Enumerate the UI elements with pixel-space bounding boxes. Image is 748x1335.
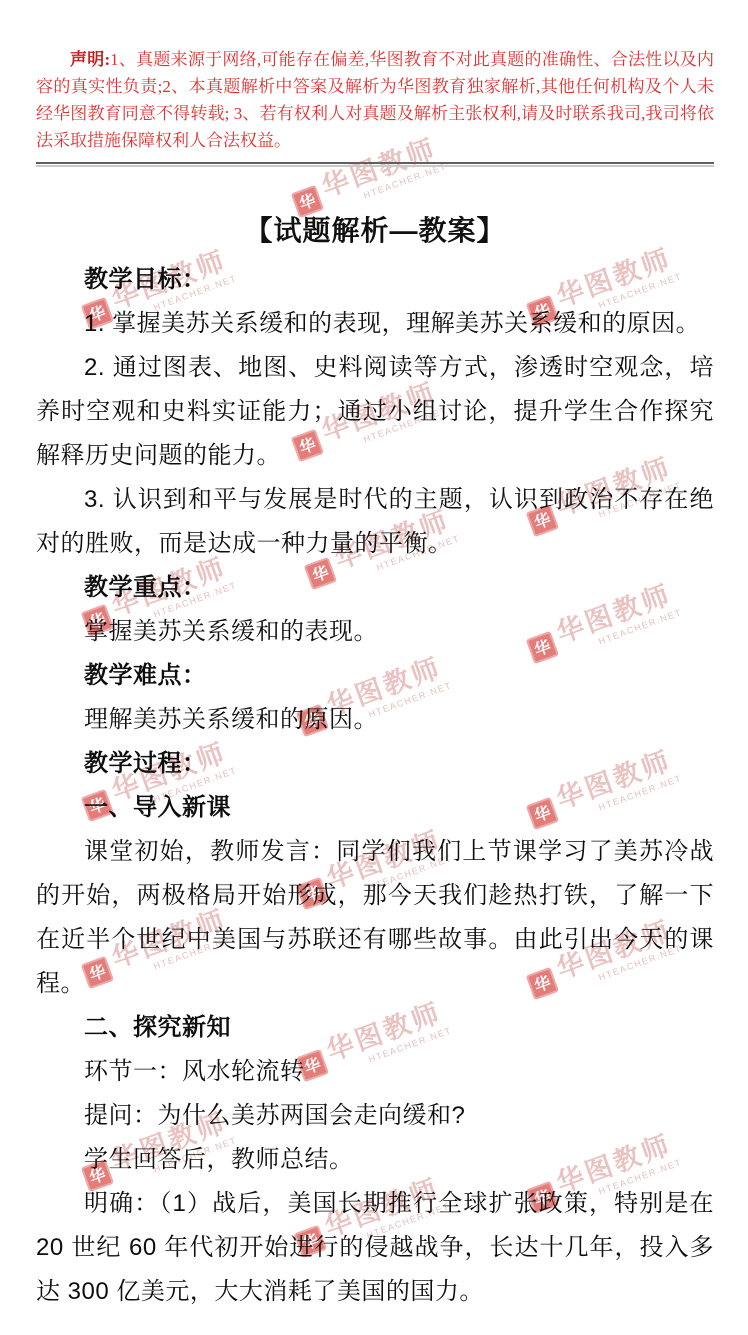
doc-title: 【试题解析—教案】: [36, 214, 714, 247]
disclaimer-label: 声明:: [70, 50, 110, 69]
heading-teaching-focus: 教学重点：: [36, 566, 714, 610]
document-content: 声明:1、真题来源于网络,可能存在偏差,华图教育不对此真题的准确性、合法性以及内…: [0, 0, 748, 1335]
disclaimer: 声明:1、真题来源于网络,可能存在偏差,华图教育不对此真题的准确性、合法性以及内…: [36, 46, 714, 154]
divider-double-line: [36, 162, 714, 167]
para-intro-speech: 课堂初始，教师发言：同学们我们上节课学习了美苏冷战的开始，两极格局开始形成，那今…: [36, 830, 714, 1006]
para-student-answer: 学生回答后，教师总结。: [36, 1138, 714, 1182]
heading-teaching-objectives: 教学目标：: [36, 258, 714, 302]
para-teaching-difficulty: 理解美苏关系缓和的原因。: [36, 698, 714, 742]
doc-body: 教学目标： 1. 掌握美苏关系缓和的表现，理解美苏关系缓和的原因。 2. 通过图…: [36, 258, 714, 1314]
para-step-1: 环节一：风水轮流转: [36, 1050, 714, 1094]
para-objective-3: 3. 认识到和平与发展是时代的主题，认识到政治不存在绝对的胜败，而是达成一种力量…: [36, 478, 714, 566]
disclaimer-text: 1、真题来源于网络,可能存在偏差,华图教育不对此真题的准确性、合法性以及内容的真…: [36, 50, 714, 150]
para-clarification-1: 明确：（1）战后，美国长期推行全球扩张政策，特别是在 20 世纪 60 年代初开…: [36, 1182, 714, 1314]
heading-teaching-difficulty: 教学难点：: [36, 654, 714, 698]
heading-section-2-explore: 二、探究新知: [36, 1006, 714, 1050]
para-objective-2: 2. 通过图表、地图、史料阅读等方式，渗透时空观念，培养时空观和史料实证能力；通…: [36, 346, 714, 478]
document-page: 华 华图教师HTEACHER.NET 华 华图教师HTEACHER.NET 华 …: [0, 0, 748, 1335]
heading-teaching-process: 教学过程：: [36, 742, 714, 786]
para-teaching-focus: 掌握美苏关系缓和的表现。: [36, 610, 714, 654]
para-question: 提问：为什么美苏两国会走向缓和?: [36, 1094, 714, 1138]
para-objective-1: 1. 掌握美苏关系缓和的表现，理解美苏关系缓和的原因。: [36, 302, 714, 346]
heading-section-1-intro: 一、导入新课: [36, 786, 714, 830]
